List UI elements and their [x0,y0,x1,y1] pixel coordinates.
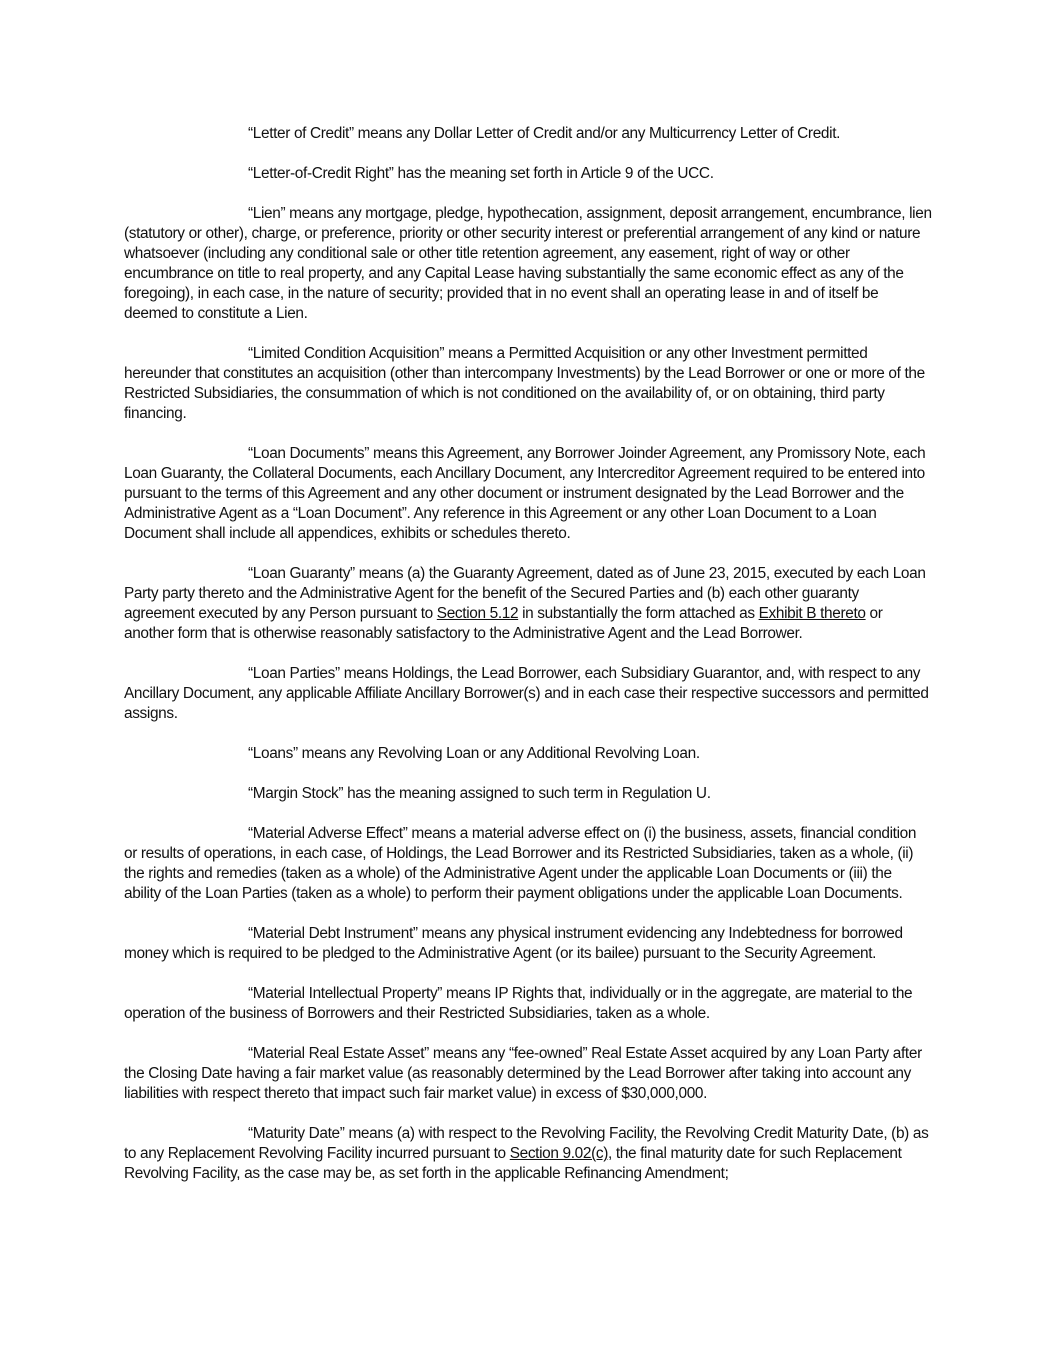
definition-limited-condition-acquisition: “Limited Condition Acquisition” means a … [124,344,932,424]
defined-term: “Loan Documents” [248,445,369,462]
defined-term: “Material Debt Instrument” [248,925,418,942]
definition-text: means any Dollar Letter of Credit and/or… [354,125,840,142]
definition-text: in substantially the form attached as [518,605,758,622]
definition-loan-documents: “Loan Documents” means this Agreement, a… [124,444,932,544]
section-reference-link[interactable]: Section 9.02(c) [510,1145,608,1162]
definition-loan-guaranty: “Loan Guaranty” means (a) the Guaranty A… [124,564,932,644]
definition-text: has the meaning assigned to such term in… [343,785,710,802]
definition-text: means a Permitted Acquisition or any oth… [124,345,925,422]
definition-text: means IP Rights that, individually or in… [124,985,912,1022]
definition-text: means Holdings, the Lead Borrower, each … [124,665,929,722]
definition-loans: “Loans” means any Revolving Loan or any … [124,744,932,764]
exhibit-reference-link[interactable]: Exhibit B thereto [759,605,866,622]
defined-term: “Letter of Credit” [248,125,354,142]
defined-term: “Loan Guaranty” [248,565,355,582]
definition-material-debt-instrument: “Material Debt Instrument” means any phy… [124,924,932,964]
defined-term: “Material Real Estate Asset” [248,1045,429,1062]
definition-text: means this Agreement, any Borrower Joind… [124,445,925,542]
definition-letter-of-credit: “Letter of Credit” means any Dollar Lett… [124,124,932,144]
definition-maturity-date: “Maturity Date” means (a) with respect t… [124,1124,932,1184]
definition-text: has the meaning set forth in Article 9 o… [394,165,714,182]
defined-term: “Maturity Date” [248,1125,345,1142]
defined-term: “Lien” [248,205,285,222]
definition-material-real-estate-asset: “Material Real Estate Asset” means any “… [124,1044,932,1104]
definition-material-intellectual-property: “Material Intellectual Property” means I… [124,984,932,1024]
definition-text: means any Revolving Loan or any Addition… [298,745,700,762]
section-reference-link[interactable]: Section 5.12 [437,605,518,622]
defined-term: “Loans” [248,745,298,762]
defined-term: “Material Adverse Effect” [248,825,407,842]
definition-material-adverse-effect: “Material Adverse Effect” means a materi… [124,824,932,904]
definition-loan-parties: “Loan Parties” means Holdings, the Lead … [124,664,932,724]
defined-term: “Limited Condition Acquisition” [248,345,444,362]
defined-term: “Material Intellectual Property” [248,985,442,1002]
definition-text: means any mortgage, pledge, hypothecatio… [124,205,932,322]
document-page: “Letter of Credit” means any Dollar Lett… [124,124,932,1204]
definition-letter-of-credit-right: “Letter-of-Credit Right” has the meaning… [124,164,932,184]
definition-lien: “Lien” means any mortgage, pledge, hypot… [124,204,932,324]
defined-term: “Margin Stock” [248,785,343,802]
definition-text: means a material adverse effect on (i) t… [124,825,916,902]
defined-term: “Loan Parties” [248,665,340,682]
definition-margin-stock: “Margin Stock” has the meaning assigned … [124,784,932,804]
definition-text: means any “fee-owned” Real Estate Asset … [124,1045,922,1102]
definition-text: means any physical instrument evidencing… [124,925,903,962]
defined-term: “Letter-of-Credit Right” [248,165,394,182]
